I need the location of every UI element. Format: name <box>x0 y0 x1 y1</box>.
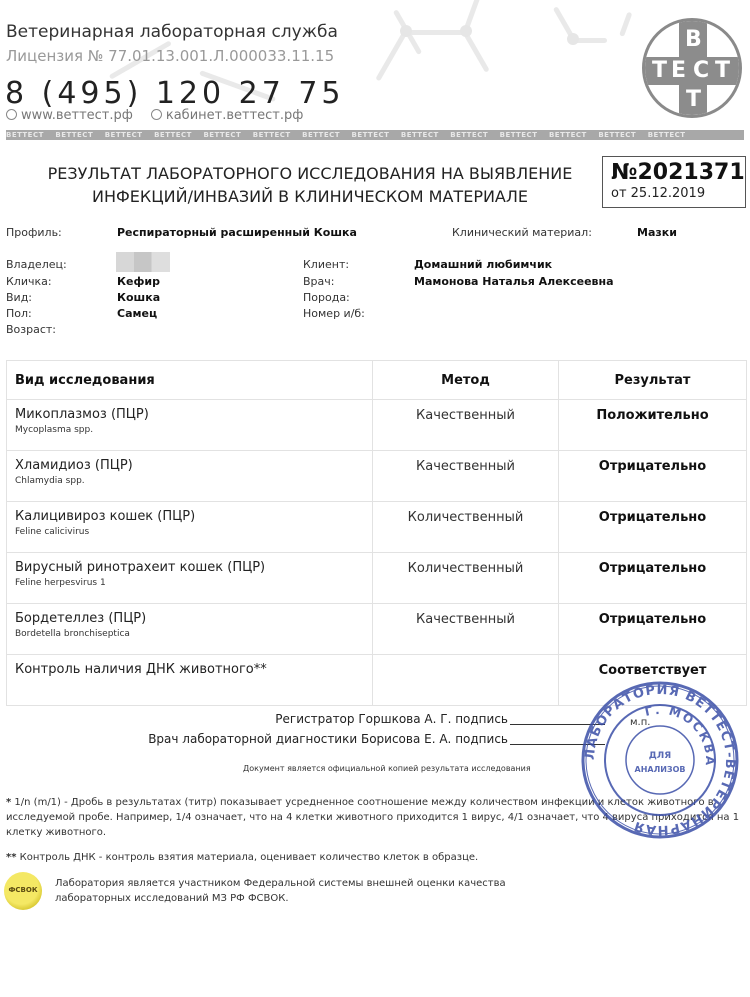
test-name: Калицивироз кошек (ПЦР) <box>15 509 372 524</box>
test-latin-name: Feline herpesvirus 1 <box>15 578 372 588</box>
test-name: Хламидиоз (ПЦР) <box>15 458 372 473</box>
document-title: РЕЗУЛЬТАТ ЛАБОРАТОРНОГО ИССЛЕДОВАНИЯ НА … <box>30 162 590 208</box>
globe-icon <box>6 109 17 120</box>
svg-text:ДЛЯ: ДЛЯ <box>649 751 671 761</box>
test-method: Качественный <box>373 451 559 502</box>
phone-number[interactable]: 8 (495) 120 27 75 <box>5 76 345 111</box>
test-name: Микоплазмоз (ПЦР) <box>15 407 372 422</box>
material-value: Мазки <box>637 226 677 239</box>
globe-icon <box>151 109 162 120</box>
test-latin-name: Mycoplasma spp. <box>15 425 372 435</box>
sex-label: Пол: <box>6 307 32 320</box>
age-label: Возраст: <box>6 323 56 336</box>
breed-label: Порода: <box>303 291 350 304</box>
results-table: Вид исследования Метод Результат Микопла… <box>6 360 747 706</box>
fsvok-note: Лаборатория является участником Федераль… <box>55 876 506 906</box>
species-value: Кошка <box>117 291 160 304</box>
registrar-signature: Регистратор Горшкова А. Г. подпись <box>100 712 508 726</box>
doctor-value: Мамонова Наталья Алексеевна <box>414 275 614 288</box>
test-method: Количественный <box>373 502 559 553</box>
vettest-logo: В Т Е С Т Т <box>642 18 742 118</box>
table-row: Микоплазмоз (ПЦР)Mycoplasma spp.Качестве… <box>7 400 747 451</box>
license-number: Лицензия № 77.01.13.001.Л.000033.11.15 <box>6 47 334 65</box>
footnote-dna: ** Контроль ДНК - контроль взятия матери… <box>6 850 746 865</box>
test-name-cell: Вирусный ринотрахеит кошек (ПЦР)Feline h… <box>7 553 373 604</box>
test-method: Качественный <box>373 400 559 451</box>
test-method <box>373 655 559 706</box>
test-result: Отрицательно <box>559 604 747 655</box>
test-name-cell: Бордетеллез (ПЦР)Bordetella bronchisepti… <box>7 604 373 655</box>
website-link[interactable]: www.веттест.рф <box>6 108 133 123</box>
sex-value: Самец <box>117 307 157 320</box>
org-name: Ветеринарная лабораторная служба <box>6 22 338 42</box>
owner-label: Владелец: <box>6 258 67 271</box>
owner-redacted <box>116 252 170 272</box>
table-row: Вирусный ринотрахеит кошек (ПЦР)Feline h… <box>7 553 747 604</box>
document-number: №2021371 <box>611 160 737 186</box>
table-row: Бордетеллез (ПЦР)Bordetella bronchisepti… <box>7 604 747 655</box>
lab-stamp-icon: ЛАБОРАТОРИЯ ВЕТТЕСТ-ВЕТЕРИНАРНАЯ Г. МОСК… <box>580 680 740 840</box>
record-label: Номер и/б: <box>303 307 365 320</box>
test-latin-name: Chlamydia spp. <box>15 476 372 486</box>
test-method: Количественный <box>373 553 559 604</box>
nickname-label: Кличка: <box>6 275 52 288</box>
test-name-cell: Калицивироз кошек (ПЦР)Feline caliciviru… <box>7 502 373 553</box>
table-row: Хламидиоз (ПЦР)Chlamydia spp.Качественны… <box>7 451 747 502</box>
test-result: Положительно <box>559 400 747 451</box>
species-label: Вид: <box>6 291 32 304</box>
document-number-box: №2021371 от 25.12.2019 <box>602 156 746 208</box>
test-method: Качественный <box>373 604 559 655</box>
material-label: Клинический материал: <box>452 226 592 239</box>
table-header-row: Вид исследования Метод Результат <box>7 361 747 400</box>
fsvok-badge-icon: ФСВОК <box>4 872 42 910</box>
svg-text:АНАЛИЗОВ: АНАЛИЗОВ <box>635 765 686 774</box>
test-result: Отрицательно <box>559 451 747 502</box>
brand-band: ВЕТТЕСТ ВЕТТЕСТ ВЕТТЕСТ ВЕТТЕСТ ВЕТТЕСТ … <box>6 130 744 140</box>
profile-value: Респираторный расширенный Кошка <box>117 226 357 239</box>
doctor-label: Врач: <box>303 275 334 288</box>
official-copy-note: Документ является официальной копией рез… <box>243 764 531 773</box>
test-name-cell: Хламидиоз (ПЦР)Chlamydia spp. <box>7 451 373 502</box>
test-name-cell: Микоплазмоз (ПЦР)Mycoplasma spp. <box>7 400 373 451</box>
document-date: от 25.12.2019 <box>611 186 737 201</box>
cabinet-link[interactable]: кабинет.веттест.рф <box>151 108 304 123</box>
test-name: Контроль наличия ДНК животного** <box>15 662 372 677</box>
websites: www.веттест.рф кабинет.веттест.рф <box>6 108 303 123</box>
test-result: Отрицательно <box>559 502 747 553</box>
test-name: Бордетеллез (ПЦР) <box>15 611 372 626</box>
table-row: Калицивироз кошек (ПЦР)Feline caliciviru… <box>7 502 747 553</box>
test-name: Вирусный ринотрахеит кошек (ПЦР) <box>15 560 372 575</box>
client-label: Клиент: <box>303 258 349 271</box>
doctor-signature: Врач лабораторной диагностики Борисова Е… <box>100 732 508 746</box>
test-result: Отрицательно <box>559 553 747 604</box>
profile-label: Профиль: <box>6 226 62 239</box>
header-test-type: Вид исследования <box>7 361 373 400</box>
test-latin-name: Feline calicivirus <box>15 527 372 537</box>
header-result: Результат <box>559 361 747 400</box>
nickname-value: Кефир <box>117 275 160 288</box>
test-name-cell: Контроль наличия ДНК животного** <box>7 655 373 706</box>
header-method: Метод <box>373 361 559 400</box>
client-value: Домашний любимчик <box>414 258 552 271</box>
test-latin-name: Bordetella bronchiseptica <box>15 629 372 639</box>
